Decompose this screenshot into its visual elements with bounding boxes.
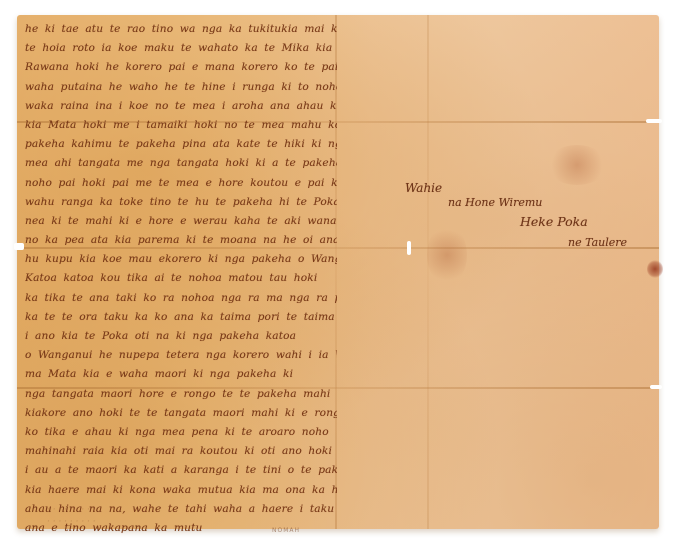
letter-line: kia haere mai ki kona waka mutua kia ma … bbox=[25, 481, 337, 500]
letter-line: waha putaina he waho he te hine i runga … bbox=[25, 78, 337, 97]
letter-line: ka tika te ana taki ko ra nohoa nga ra m… bbox=[25, 289, 337, 308]
water-stain bbox=[427, 225, 467, 285]
letter-line: mahinahi raia kia oti mai ra koutou ki o… bbox=[25, 442, 337, 461]
letter-line: ka te te ora taku ka ko ana ka taima por… bbox=[25, 308, 337, 327]
letter-line: nea ki te mahi ki e hore e werau kaha te… bbox=[25, 212, 337, 231]
address-place-line: Heke Poka bbox=[520, 214, 588, 229]
letter-line: kiakore ano hoki te te tangata maori mah… bbox=[25, 404, 337, 423]
letter-sheet: he ki tae atu te rao tino wa nga ka tuki… bbox=[17, 15, 659, 529]
bleed-through-text: · · · · · · · · · bbox=[47, 517, 96, 527]
letter-line: kia Mata hoki me i tamaiki hoki no te me… bbox=[25, 116, 337, 135]
letter-line: hu kupu kia koe mau ekorero ki nga pakeh… bbox=[25, 250, 337, 269]
wax-seal-stain bbox=[647, 260, 663, 278]
letter-line: te hoia roto ia koe maku te wahato ka te… bbox=[25, 39, 337, 58]
faint-stamp: NOMAH bbox=[272, 527, 300, 534]
letter-line: i au a te maori ka kati a karanga i te t… bbox=[25, 461, 337, 480]
letter-line: mea ahi tangata me nga tangata hoki ki a… bbox=[25, 154, 337, 173]
letter-line: ma Mata kia e waha maori ki nga pakeha k… bbox=[25, 365, 337, 384]
letter-line: noho pai hoki pai me te mea e hore kouto… bbox=[25, 174, 337, 193]
letter-line: wahu ranga ka toke tino te hu te pakeha … bbox=[25, 193, 337, 212]
water-stain bbox=[547, 145, 607, 185]
edge-tear-left bbox=[14, 243, 24, 250]
vertical-fold-right bbox=[427, 15, 429, 529]
address-sub-line: ne Taulere bbox=[568, 236, 627, 249]
letter-line: o Wanganui he nupepa tetera nga korero w… bbox=[25, 346, 337, 365]
letter-line: nga tangata maori hore e rongo te te pak… bbox=[25, 385, 337, 404]
letter-line: pakeha kahimu te pakeha pina ata kate te… bbox=[25, 135, 337, 154]
fold-tear-center bbox=[407, 241, 411, 255]
edge-tear-right-top bbox=[646, 119, 662, 123]
letter-line: Rawana hoki he korero pai e mana korero … bbox=[25, 58, 337, 77]
bleed-through-text: · · · · · · · · · bbox=[47, 505, 96, 515]
letter-line: waka raina ina i koe no te mea i aroha a… bbox=[25, 97, 337, 116]
edge-tear-right-bottom bbox=[650, 385, 662, 389]
address-name-line: na Hone Wiremu bbox=[448, 196, 542, 209]
address-recipient-line: Wahie bbox=[405, 181, 442, 195]
letter-line: Katoa katoa kou tika ai te nohoa matou t… bbox=[25, 269, 337, 288]
letter-line: no ka pea ata kia parema ki te moana na … bbox=[25, 231, 337, 250]
letter-line: he ki tae atu te rao tino wa nga ka tuki… bbox=[25, 20, 337, 39]
letter-body: he ki tae atu te rao tino wa nga ka tuki… bbox=[25, 20, 337, 538]
letter-line: ko tika e ahau ki nga mea pena ki te aro… bbox=[25, 423, 337, 442]
letter-line: i ano kia te Poka oti na ki nga pakeha k… bbox=[25, 327, 337, 346]
